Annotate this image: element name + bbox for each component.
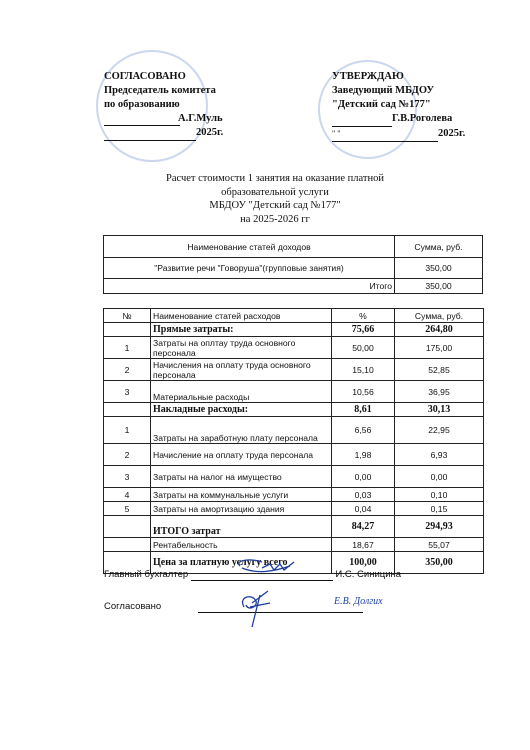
row-sum: 55,07 [395,538,484,552]
table-row: 1 Затраты на оплтау труда основного перс… [104,337,484,359]
document-title: Расчет стоимости 1 занятия на оказание п… [100,172,450,226]
accountant-signature-icon [232,558,312,578]
row-pct: 6,56 [332,417,395,444]
row-pct: 0,04 [332,502,395,516]
table-row: Накладные расходы: 8,61 30,13 [104,403,484,417]
table-row: 5 Затраты на амортизацию здания 0,04 0,1… [104,502,484,516]
table-row: 2 Начисления на оплату труда основного п… [104,359,484,381]
title-line3: МБДОУ "Детский сад №177" [100,199,450,213]
row-sum: 0,15 [395,502,484,516]
income-header-name: Наименование статей доходов [104,236,395,258]
row-num: 2 [104,444,151,466]
row-sum: 264,80 [395,323,484,337]
expense-header-num: № [104,309,151,323]
row-num [104,538,151,552]
row-name: Материальные расходы [151,381,332,403]
row-sum: 6,93 [395,444,484,466]
agreed-label: Согласовано [104,601,161,612]
income-item-name: "Развитие речи "Говоруша"(групповые заня… [104,258,395,279]
title-line4: на 2025-2026 гг [100,213,450,227]
approval-right-heading: УТВЕРЖДАЮ [332,70,465,84]
row-name: Затраты на коммунальные услуги [151,488,332,502]
income-header-sum: Сумма, руб. [395,236,483,258]
row-sum: 52,85 [395,359,484,381]
table-row: 2 Начисление на оплату труда персонала 1… [104,444,484,466]
row-num: 5 [104,502,151,516]
row-sum: 0,00 [395,466,484,488]
row-name: Начисление на оплату труда персонала [151,444,332,466]
row-num: 2 [104,359,151,381]
row-name: Затраты на амортизацию здания [151,502,332,516]
row-num: 3 [104,381,151,403]
table-row: Рентабельность 18,67 55,07 [104,538,484,552]
table-row: Прямые затраты: 75,66 264,80 [104,323,484,337]
accountant-name: И.С. Синицина [335,569,401,580]
row-num [104,323,151,337]
income-total-sum: 350,00 [395,279,483,294]
row-name: ИТОГО затрат [151,516,332,538]
title-line2: образовательной услуги [100,186,450,200]
row-pct: 10,56 [332,381,395,403]
table-row: 3 Затраты на налог на имущество 0,00 0,0… [104,466,484,488]
row-num: 1 [104,337,151,359]
row-name: Накладные расходы: [151,403,332,417]
expense-header-name: Наименование статей расходов [151,309,332,323]
row-sum: 0,10 [395,488,484,502]
row-name: Рентабельность [151,538,332,552]
table-row: 1 Затраты на заработную плату персонала … [104,417,484,444]
row-name: Затраты на налог на имущество [151,466,332,488]
row-num: 4 [104,488,151,502]
row-sum: 350,00 [395,552,484,574]
row-sum: 294,93 [395,516,484,538]
row-name: Прямые затраты: [151,323,332,337]
approval-right-date-line: " " [332,127,438,142]
expense-header-sum: Сумма, руб. [395,309,484,323]
row-sum: 22,95 [395,417,484,444]
row-sum: 175,00 [395,337,484,359]
approval-left-heading: СОГЛАСОВАНО [104,70,223,84]
table-row: Итого 350,00 [104,279,483,294]
title-line1: Расчет стоимости 1 занятия на оказание п… [100,172,450,186]
agreed-name: Е.В. Долгих [334,596,383,607]
row-pct: 8,61 [332,403,395,417]
approval-right: УТВЕРЖДАЮ Заведующий МБДОУ "Детский сад … [332,70,465,142]
row-sum: 30,13 [395,403,484,417]
expense-header-pct: % [332,309,395,323]
row-pct: 1,98 [332,444,395,466]
approval-left-line2: по образованию [104,98,223,112]
row-pct: 18,67 [332,538,395,552]
row-name: Затраты на заработную плату персонала [151,417,332,444]
expense-header-row: № Наименование статей расходов % Сумма, … [104,309,484,323]
accountant-label: Главный бухгалтер [104,569,188,580]
row-name: Начисления на оплату труда основного пер… [151,359,332,381]
approval-right-line1: Заведующий МБДОУ [332,84,465,98]
row-num [104,516,151,538]
approval-right-name: Г.В.Роголева [392,113,452,124]
income-item-sum: 350,00 [395,258,483,279]
approval-left-year: 2025г. [196,127,223,138]
table-row: 4 Затраты на коммунальные услуги 0,03 0,… [104,488,484,502]
income-table: Наименование статей доходов Сумма, руб. … [103,235,483,294]
row-num: 3 [104,466,151,488]
row-sum: 36,95 [395,381,484,403]
approval-left-name: А.Г.Муль [178,113,223,124]
approval-left-sign-line [104,125,180,126]
row-num [104,403,151,417]
income-total-label: Итого [104,279,395,294]
table-row: "Развитие речи "Говоруша"(групповые заня… [104,258,483,279]
row-pct: 15,10 [332,359,395,381]
table-row: 3 Материальные расходы 10,56 36,95 [104,381,484,403]
agreed-signature-row: Согласовано [104,601,363,613]
row-pct: 50,00 [332,337,395,359]
approval-left: СОГЛАСОВАНО Председатель комитета по обр… [104,70,223,141]
expense-table: № Наименование статей расходов % Сумма, … [103,308,484,574]
approval-left-line1: Председатель комитета [104,84,223,98]
agreed-signature-icon [238,587,278,629]
approval-left-date-line [104,126,196,141]
table-row: ИТОГО затрат 84,27 294,93 [104,516,484,538]
row-pct: 75,66 [332,323,395,337]
row-pct: 0,00 [332,466,395,488]
row-num: 1 [104,417,151,444]
row-pct: 84,27 [332,516,395,538]
approval-right-line2: "Детский сад №177" [332,98,465,112]
row-pct: 0,03 [332,488,395,502]
row-name: Затраты на оплтау труда основного персон… [151,337,332,359]
approval-right-year: 2025г. [438,128,465,139]
